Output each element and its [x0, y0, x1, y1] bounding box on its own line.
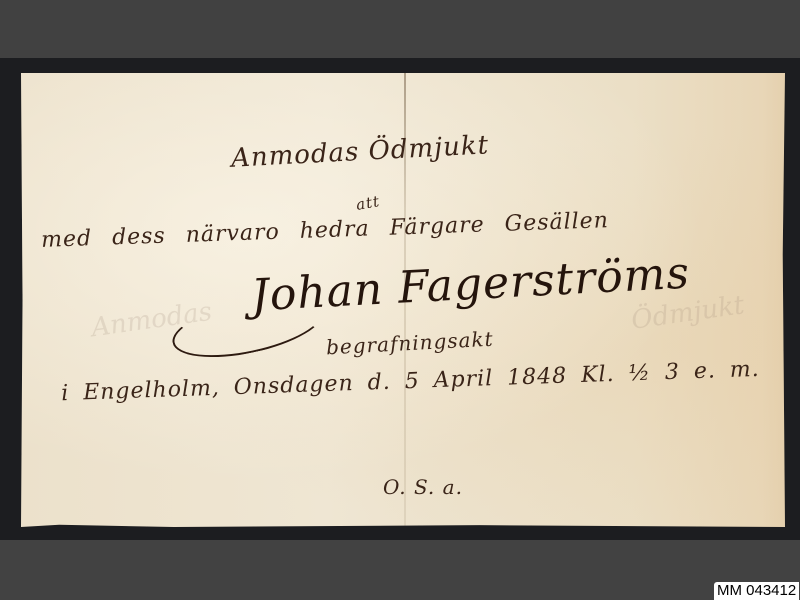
handwritten-superscript-att: att	[355, 192, 382, 214]
bottom-background-band	[0, 540, 800, 600]
handwritten-line-funeral: begrafningsakt	[325, 327, 494, 360]
top-background-band	[0, 0, 800, 58]
handwritten-line-request: Anmodas Ödmjukt	[230, 130, 489, 173]
document-paper: Anmodas Ödmjukt Anmodas Ödmjukt att med …	[21, 73, 785, 527]
handwritten-name-johan-fagerstroms: Johan Fagerströms	[250, 248, 691, 322]
catalog-id-label: MM 043412	[714, 582, 799, 600]
handwritten-line-honor: med dess närvaro hedra Färgare Gesällen	[41, 208, 610, 253]
handwritten-line-place-date: i Engelholm, Onsdagen d. 5 April 1848 Kl…	[61, 357, 760, 406]
handwritten-line-osa: O. S. a.	[383, 475, 463, 499]
